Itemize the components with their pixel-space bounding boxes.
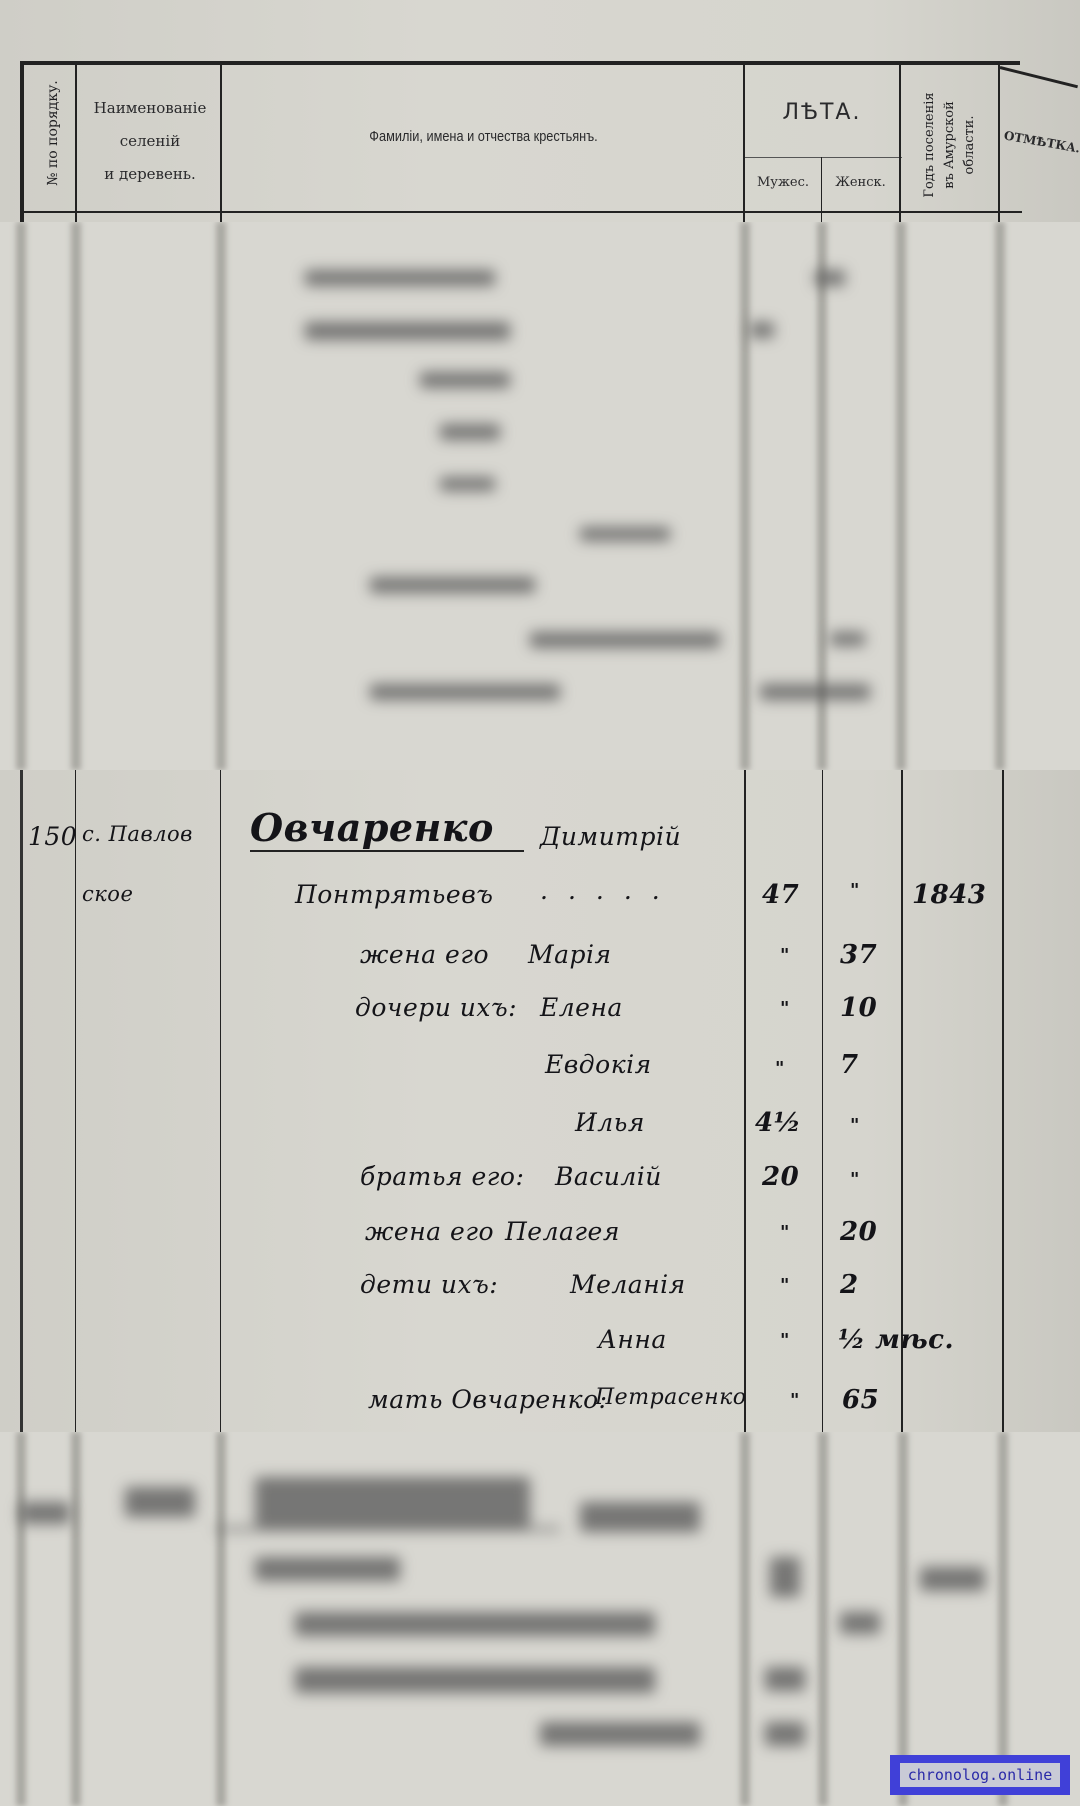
entry-col-line-3 [744, 770, 746, 1432]
member-age-male: " [780, 998, 790, 1019]
entry-settlement-line2: ское [82, 882, 133, 906]
member-age-female: 37 [840, 940, 877, 970]
member-relation: дочери ихъ: [355, 993, 517, 1022]
header-number: № по порядку. [45, 63, 61, 203]
entry-col-line-6 [1002, 770, 1004, 1432]
entry-surname: Овчаренко [250, 805, 524, 852]
member-name: Илья [575, 1108, 645, 1137]
entry-col-line-4 [822, 770, 823, 1432]
member-name: Василій [555, 1162, 662, 1191]
header-age-female: Женск. [822, 175, 899, 190]
col-line-4 [821, 157, 822, 223]
member-age-female: 10 [840, 993, 877, 1023]
col-line-6 [998, 65, 1000, 225]
col-line-3 [743, 63, 745, 223]
entry-col-line-2 [220, 770, 221, 1432]
member-age-female: " [850, 1115, 860, 1136]
entry-number: 150 [28, 822, 77, 851]
member-age-female: 65 [842, 1385, 879, 1415]
entry-head-female-age: " [850, 880, 860, 901]
table-top-rule-curve [1000, 66, 1078, 88]
col-line-2 [220, 63, 222, 223]
member-name: Петрасенко [595, 1385, 746, 1410]
member-age-female: ½ мѣс. [838, 1325, 954, 1355]
member-name: Марія [528, 940, 612, 969]
header-settlement-line3: и деревень. [80, 158, 220, 191]
member-age-male: " [780, 1275, 790, 1296]
header-year-line1: Годъ поселенія [920, 75, 940, 215]
member-age-male: " [780, 1330, 790, 1351]
member-age-female: 20 [840, 1217, 877, 1247]
entry-patronymic: Понтрятьевъ [295, 880, 493, 909]
entry-col-line-1 [75, 770, 76, 1432]
header-settlement-line1: Наименованіе [80, 92, 220, 125]
member-name: Меланія [570, 1270, 686, 1299]
member-age-male: 20 [762, 1162, 799, 1192]
member-relation: мать Овчаренко: [368, 1385, 608, 1414]
member-name: Анна [598, 1325, 667, 1354]
entry-given-name: Димитрій [540, 822, 681, 851]
redacted-block-bottom [0, 1432, 1080, 1806]
member-name: Пелагея [505, 1217, 620, 1246]
member-relation: братья его: [360, 1162, 524, 1191]
header-year-line3: области. [960, 75, 980, 215]
member-age-female: 2 [840, 1270, 859, 1300]
member-age-female: 7 [840, 1050, 859, 1080]
header-year-line2: въ Амурской [940, 75, 960, 215]
member-age-female: " [850, 1169, 860, 1190]
member-age-male: " [775, 1058, 785, 1079]
age-subheader-rule [744, 157, 902, 158]
entry-head-male-age: 47 [762, 880, 799, 910]
header-names: Фамиліи, имена и отчества крестьянъ. [263, 128, 704, 145]
document-page: № по порядку. Наименованіе селеній и дер… [0, 0, 1080, 1806]
header-settlement-line2: селеній [80, 125, 220, 158]
member-relation: жена его [365, 1217, 494, 1246]
header-bottom-rule [22, 211, 1022, 213]
header-note: ОТМѢТКА. [1001, 128, 1080, 156]
member-age-male: " [780, 1222, 790, 1243]
header-age: ЛѢТА. [745, 100, 899, 125]
entry-col-line-left-border [20, 770, 23, 1432]
member-relation: жена его [360, 940, 489, 969]
redacted-block-top [0, 222, 1080, 770]
table-top-rule [20, 61, 1020, 65]
member-age-male: " [780, 945, 790, 966]
member-name: Евдокія [545, 1050, 652, 1079]
member-name: Елена [540, 993, 623, 1022]
header-settlement-year: Годъ поселенія въ Амурской области. [920, 75, 980, 215]
entry-dot-leader: ..... [540, 876, 680, 905]
col-line-5 [899, 63, 901, 223]
col-line-1 [75, 63, 77, 223]
header-age-male: Мужес. [745, 175, 821, 190]
watermark-text: chronolog.online [900, 1763, 1061, 1787]
entry-settlement-year: 1843 [912, 880, 986, 910]
member-age-male: 4½ [755, 1108, 801, 1138]
member-relation: дети ихъ: [360, 1270, 498, 1299]
watermark-badge: chronolog.online [890, 1755, 1070, 1795]
col-line-left-border [20, 63, 24, 223]
entry-settlement-line1: с. Павлов [82, 822, 193, 846]
member-age-male: " [790, 1390, 800, 1411]
header-settlement: Наименованіе селеній и деревень. [80, 92, 220, 191]
